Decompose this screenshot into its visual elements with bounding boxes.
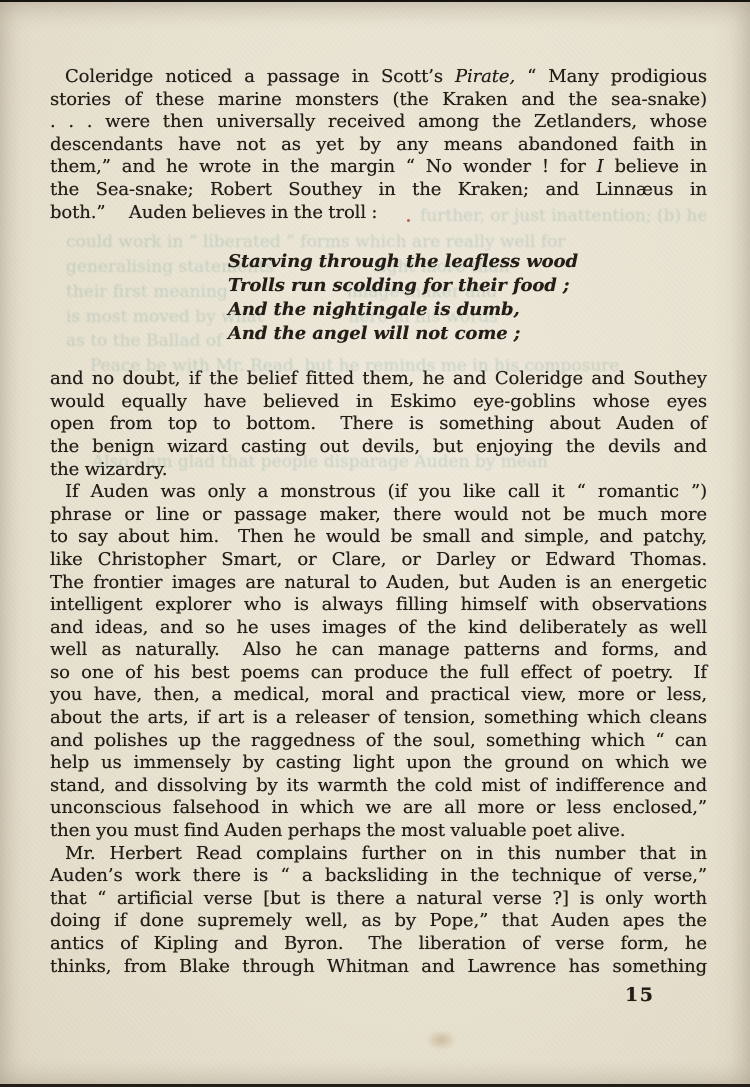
- text-line: antics of Kipling and Byron. The liberat…: [50, 933, 707, 956]
- text-line: Coleridge noticed a passage in Scott’s P…: [50, 66, 707, 89]
- text-line: If Auden was only a monstrous (if you li…: [50, 481, 707, 504]
- verse-line: Starving through the leafless wood: [228, 250, 707, 274]
- paragraph-coleridge: Coleridge noticed a passage in Scott’s P…: [50, 66, 707, 224]
- verse-line: Trolls run scolding for their food ;: [228, 274, 707, 298]
- verse-line: And the nightingale is dumb,: [228, 298, 707, 322]
- text-line: . . . were then universally received amo…: [50, 111, 707, 134]
- page-edge-top: [0, 0, 750, 2]
- text-line: Mr. Herbert Read complains further on in…: [50, 843, 707, 866]
- text-line: The frontier images are natural to Auden…: [50, 572, 707, 595]
- text-line: the wizardry.: [50, 459, 707, 482]
- page-number: 15: [625, 984, 654, 1006]
- text-line: well as naturally. Also he can manage pa…: [50, 639, 707, 662]
- text-line: doing if done supremely well, as by Pope…: [50, 910, 707, 933]
- text-line: help us immensely by casting light upon …: [50, 752, 707, 775]
- paragraph-herbert-read: Mr. Herbert Read complains further on in…: [50, 843, 707, 979]
- text-line: descendants have not as yet by any means…: [50, 134, 707, 157]
- text-line: them,” and he wrote in the margin “ No w…: [50, 156, 707, 179]
- text-line: that “ artificial verse [but is there a …: [50, 888, 707, 911]
- text-run: them,” and he wrote in the margin “ No w…: [50, 156, 597, 177]
- text-line: open from top to bottom. There is someth…: [50, 413, 707, 436]
- italic-word: I: [597, 156, 604, 177]
- text-line: thinks, from Blake through Whitman and L…: [50, 956, 707, 979]
- text-line: like Christopher Smart, or Clare, or Dar…: [50, 549, 707, 572]
- text-line: unconscious falsehood in which we are al…: [50, 797, 707, 820]
- text-line: so one of his best poems can produce the…: [50, 662, 707, 685]
- verse-line: And the angel will not come ;: [228, 322, 707, 346]
- text-line: would equally have believed in Eskimo ey…: [50, 391, 707, 414]
- paper-stain: [426, 1030, 456, 1050]
- text-line: and no doubt, if the belief fitted them,…: [50, 368, 707, 391]
- text-run: believe in: [604, 156, 707, 177]
- text-line: stories of these marine monsters (the Kr…: [50, 89, 707, 112]
- text-run: Coleridge noticed a passage in Scott’s: [65, 66, 455, 87]
- text-line: the Sea-snake; Robert Southey in the Kra…: [50, 179, 707, 202]
- verse-quote: Starving through the leafless wood Troll…: [228, 250, 707, 346]
- paragraph-if-auden: If Auden was only a monstrous (if you li…: [50, 481, 707, 843]
- ink-speck: [407, 219, 410, 222]
- text-line: and polishes up the raggedness of the so…: [50, 730, 707, 753]
- text-line: you have, then, a medical, moral and pra…: [50, 684, 707, 707]
- page-text: Coleridge noticed a passage in Scott’s P…: [50, 66, 707, 978]
- text-line: and ideas, and so he uses images of the …: [50, 617, 707, 640]
- text-line: the benign wizard casting out devils, bu…: [50, 436, 707, 459]
- text-line: Auden’s work there is “ a backsliding in…: [50, 865, 707, 888]
- book-page: further, or just inattention; (b) he cou…: [0, 0, 750, 1087]
- text-line: phrase or line or passage maker, there w…: [50, 504, 707, 527]
- text-line: stand, and dissolving by its warmth the …: [50, 775, 707, 798]
- text-line: both.” Auden believes in the troll :: [50, 202, 707, 225]
- text-line: about the arts, if art is a releaser of …: [50, 707, 707, 730]
- text-line: then you must find Auden perhaps the mos…: [50, 820, 707, 843]
- italic-title: Pirate,: [455, 66, 515, 87]
- paragraph-no-doubt: and no doubt, if the belief fitted them,…: [50, 368, 707, 481]
- text-run: “ Many prodigious: [515, 66, 707, 87]
- text-line: to say about him. Then he would be small…: [50, 526, 707, 549]
- text-line: intelligent explorer who is always filli…: [50, 594, 707, 617]
